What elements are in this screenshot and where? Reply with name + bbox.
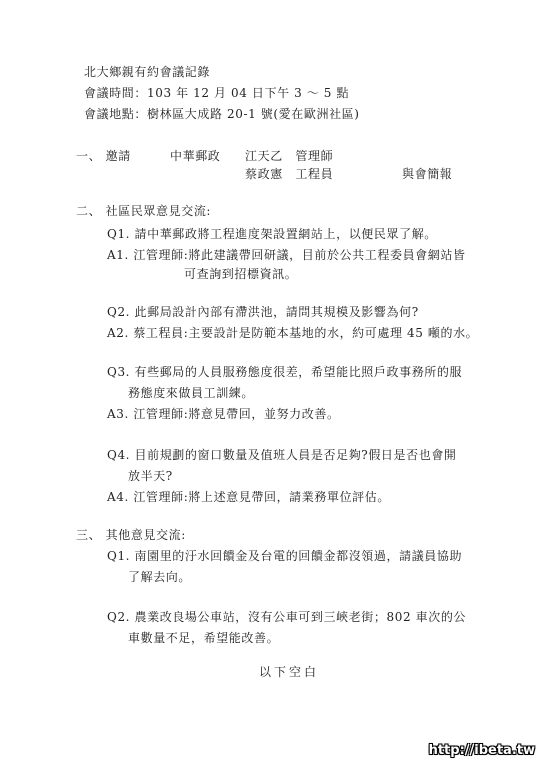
question-2: Q2. 此郵局設計內部有滯洪池，請問其規模及影響為何? bbox=[107, 304, 419, 320]
other-question-1-cont: 了解去向。 bbox=[128, 569, 191, 585]
answer-1: A1. 江管理師:將此建議帶回研議，目前於公共工程委員會網站皆 bbox=[107, 247, 466, 263]
other-question-2-cont: 車數量不足，希望能改善。 bbox=[128, 630, 279, 646]
meeting-time: 會議時間：103 年 12 月 04 日下午 3 ～ 5 點 bbox=[84, 85, 349, 101]
question-3-cont: 務態度來做員工訓練。 bbox=[128, 385, 254, 401]
other-question-2: Q2. 農業改良場公車站，沒有公車可到三峽老街；802 車次的公 bbox=[107, 609, 466, 625]
answer-4: A4. 江管理師:將上述意見帶回，請業務單位評估。 bbox=[107, 489, 390, 505]
end-marker: 以下空白 bbox=[259, 664, 319, 680]
invited-org: 中華郵政 bbox=[170, 148, 220, 164]
invited-person-1: 江天乙 管理師 bbox=[245, 148, 333, 164]
question-4-cont: 放半天? bbox=[128, 468, 173, 484]
answer-2: A2. 蔡工程員:主要設計是防範本基地的水，約可處理 45 噸的水。 bbox=[107, 325, 478, 341]
section1-heading: 一、 邀請 bbox=[76, 148, 131, 164]
other-question-1: Q1. 南園里的汙水回饋金及台電的回饋金都沒領過，請議員協助 bbox=[107, 548, 462, 564]
document-title: 北大鄉親有約會議記錄 bbox=[84, 64, 210, 80]
question-4: Q4. 目前規劃的窗口數量及值班人員是否足夠?假日是否也會開 bbox=[107, 447, 457, 463]
watermark: http://ibeta.tw bbox=[429, 743, 535, 758]
briefing-note: 與會簡報 bbox=[402, 166, 452, 182]
question-3: Q3. 有些郵局的人員服務態度很差，希望能比照戶政事務所的服 bbox=[107, 364, 462, 380]
invited-person-2: 蔡政憲 工程員 bbox=[245, 166, 333, 182]
section2-heading: 二、 社區民眾意見交流: bbox=[76, 203, 211, 219]
answer-3: A3. 江管理師:將意見帶回，並努力改善。 bbox=[107, 406, 340, 422]
document-page: 北大鄉親有約會議記錄 會議時間：103 年 12 月 04 日下午 3 ～ 5 … bbox=[0, 0, 543, 768]
section3-heading: 三、 其他意見交流: bbox=[76, 527, 186, 543]
meeting-place: 會議地點：樹林區大成路 20-1 號(愛在歐洲社區) bbox=[84, 106, 360, 122]
question-1: Q1. 請中華郵政將工程進度架設置網站上，以便民眾了解。 bbox=[107, 226, 437, 242]
answer-1-cont: 可查詢到招標資訊。 bbox=[184, 266, 297, 282]
